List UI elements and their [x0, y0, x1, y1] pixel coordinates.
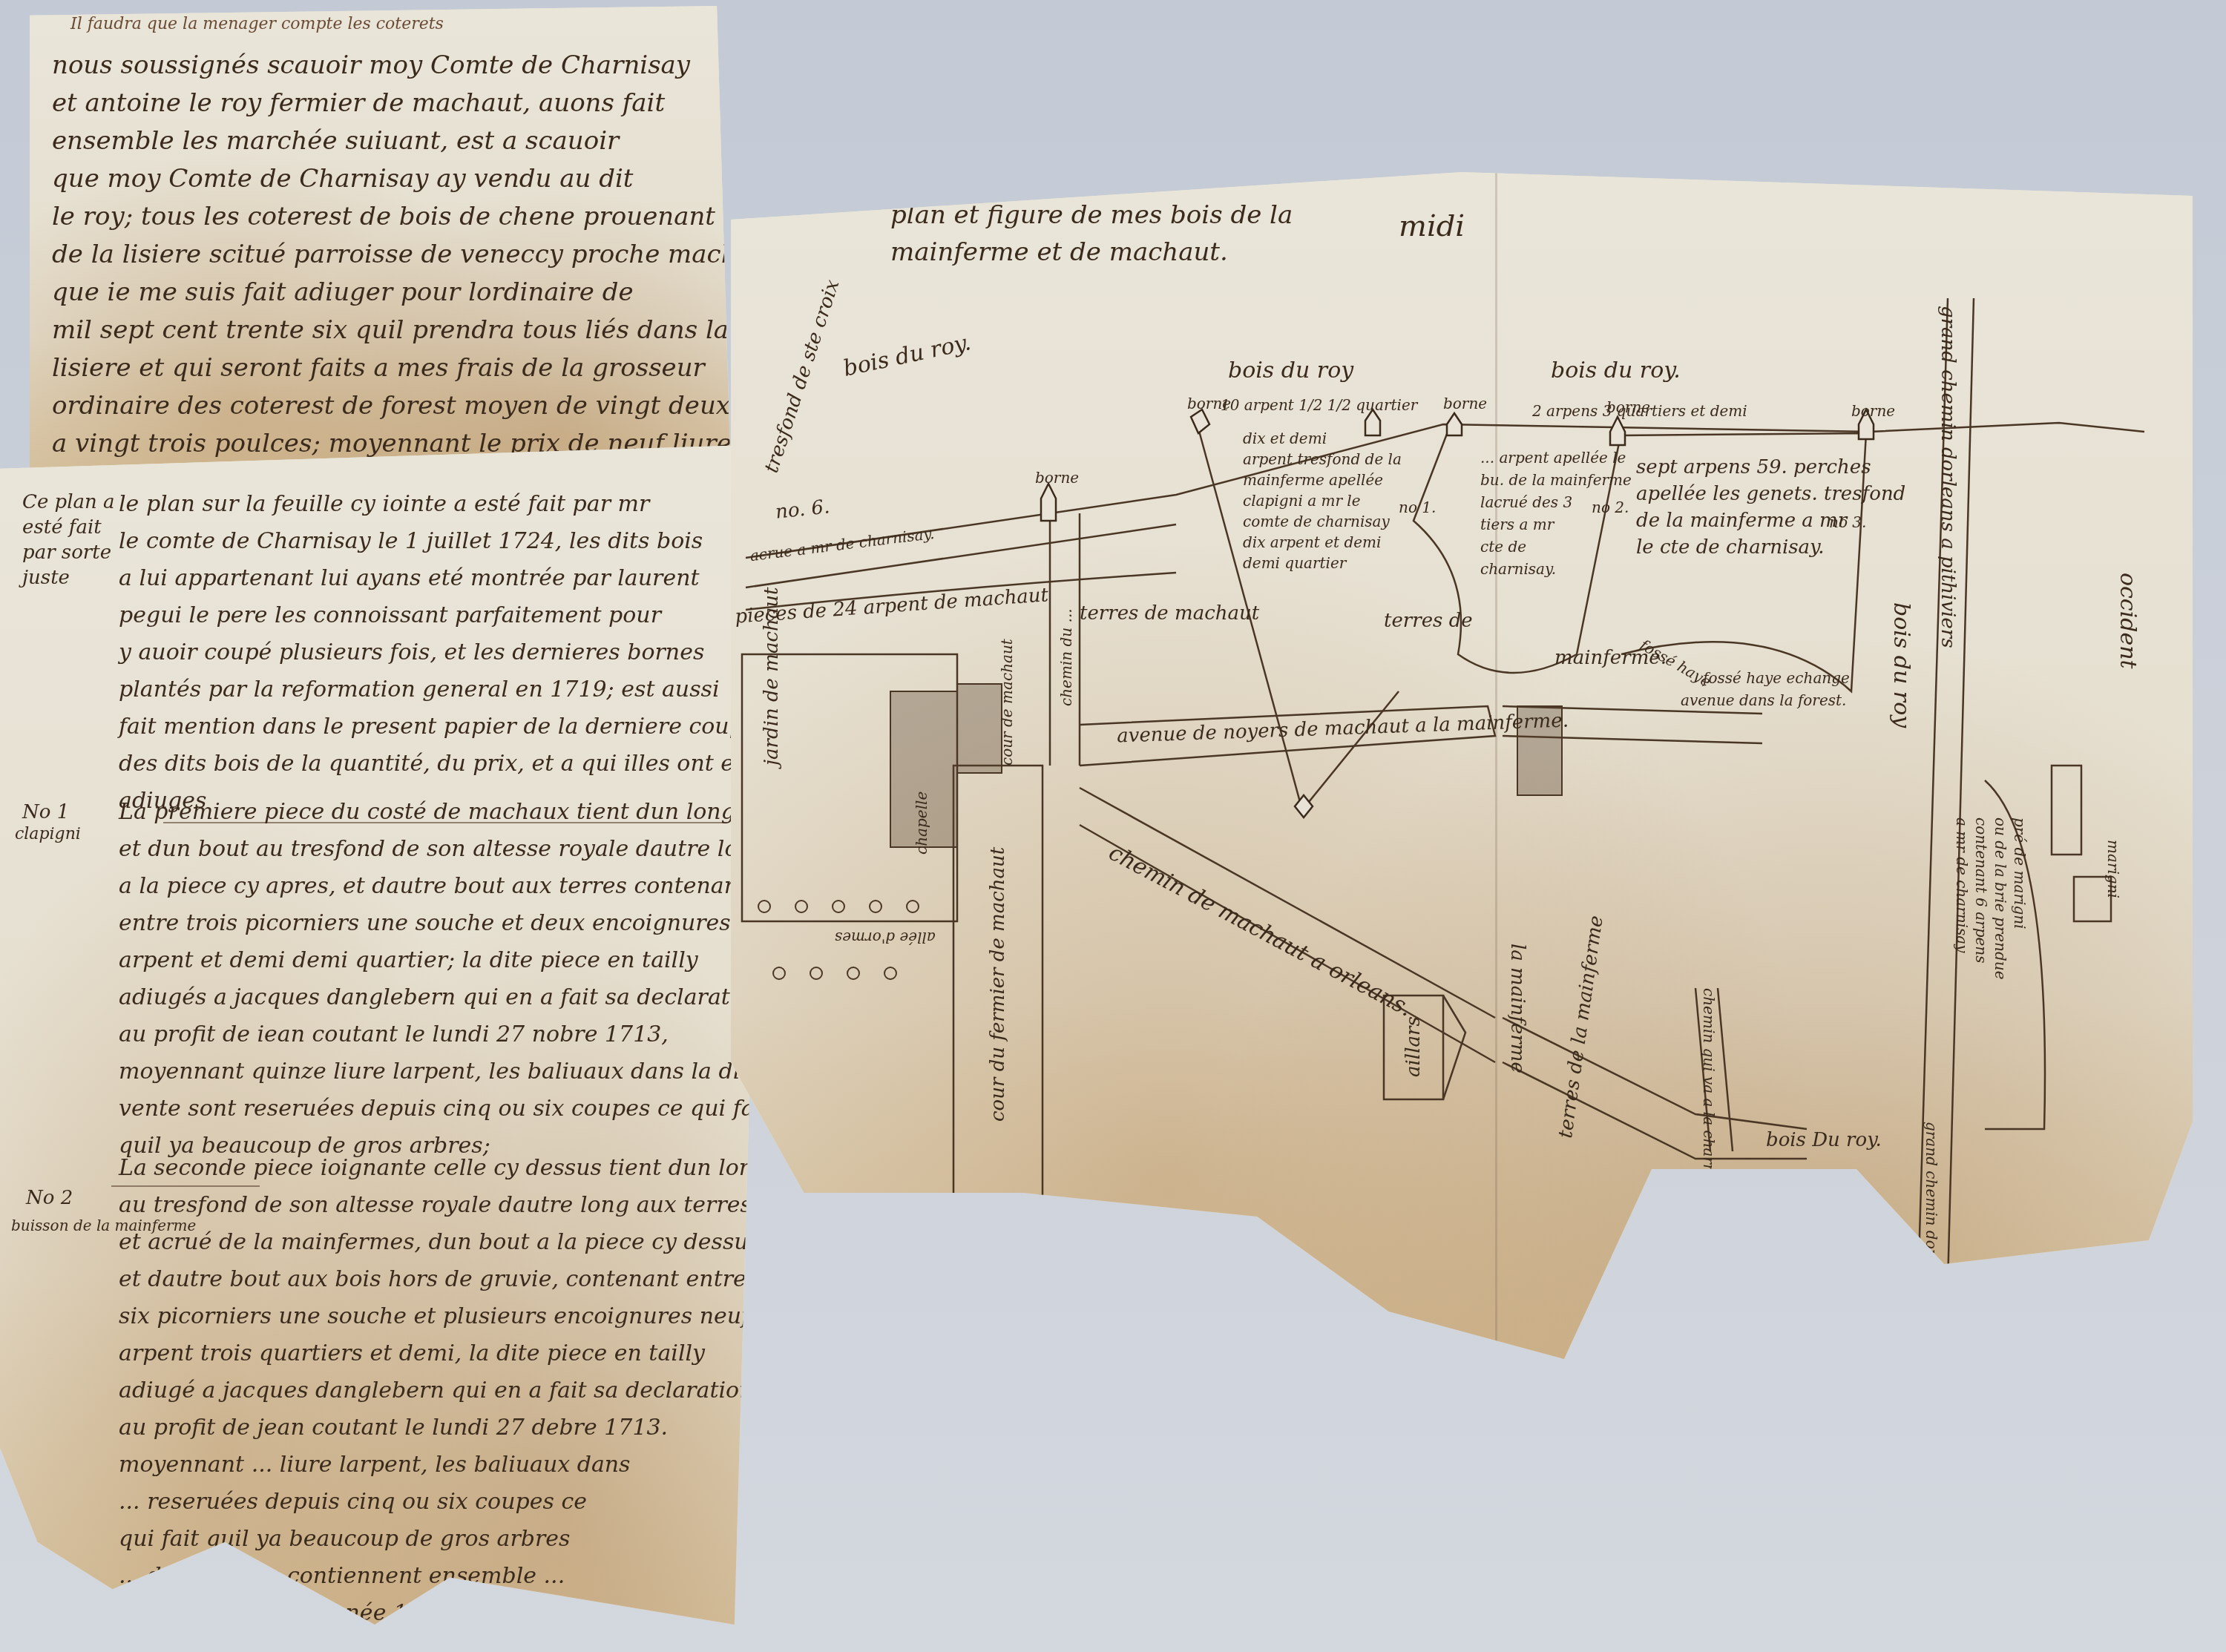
label-chemin-charmoy: chemin qui va a la charmoy: [1700, 988, 1718, 1195]
label-bois-du-roy-vertical: bois du roy: [1888, 602, 1914, 728]
label-grand-chemin-2: grand chemin dorleans a ...: [1923, 1122, 1940, 1328]
text-line: ensemble les marchée suiuant, est a scau…: [52, 122, 720, 160]
text-line: au profit de jean coutant le lundi 27 de…: [119, 1409, 735, 1447]
text-line: le comte de Charnisay le 1 juillet 1724,…: [119, 523, 735, 560]
margin-note: Ce plan a esté fait par sorte juste: [22, 490, 126, 590]
parcel-no1-description: dix et demi arpent tresfond de la mainfe…: [1243, 428, 1402, 573]
text-line: et dun bout au tresfond de son altesse r…: [119, 831, 735, 868]
compass-south-label: midi: [1399, 209, 1465, 243]
text-line: ... reseruées depuis cinq ou six coupes …: [119, 1484, 735, 1521]
label-no2: no 2.: [1592, 498, 1629, 516]
entry-1-paragraph: La premiere piece du costé de machaux ti…: [119, 794, 735, 1165]
text-line: a lui appartenant lui ayans eté montrée …: [119, 560, 735, 597]
label-jardin: jardin de machaut: [761, 588, 783, 766]
text-line: entre trois picorniers une souche et deu…: [119, 905, 735, 942]
label-terres-de: terres de: [1384, 610, 1473, 632]
label-bois-du-roy: bois Du roy.: [1766, 1129, 1882, 1151]
estate-map: plan et figure de mes bois de la mainfer…: [731, 172, 2193, 1359]
text-line: plantés par la reformation general en 17…: [119, 671, 735, 708]
text-line: adiugé a jacques danglebern qui en a fai…: [119, 1372, 735, 1409]
label-aillars: aillars: [1402, 1016, 1425, 1077]
label-cour-machaut: cour de machaut: [998, 639, 1016, 766]
label-chapelle: chapelle: [913, 792, 930, 855]
label-marigni: marigni: [2104, 840, 2122, 898]
text-line: qui fait quil ya beaucoup de gros arbres: [119, 1521, 735, 1558]
text-line: de la lisiere scitué parroisse de venecc…: [52, 236, 720, 274]
label-no1: no 1.: [1399, 498, 1436, 516]
label-borne: borne: [1035, 469, 1079, 487]
text-line: six picorniers une souche et plusieurs e…: [119, 1298, 735, 1335]
entry-2-number: No 2: [26, 1187, 73, 1209]
text-line: arpent et demi demi quartier; la dite pi…: [119, 942, 735, 979]
text-line: au tresfond de son altesse royale dautre…: [119, 1187, 735, 1224]
label-grand-chemin: grand chemin dorleans a pithiviers: [1937, 306, 1959, 648]
text-line: le plan sur la feuille cy iointe a esté …: [119, 486, 735, 523]
entry-1-number: No 1: [22, 801, 69, 823]
label-parcel-area: 10 arpent 1/2 1/2 quartier: [1221, 396, 1417, 414]
text-line: ordinaire des coterest de forest moyen d…: [52, 387, 720, 425]
parcel-no3-description: sept arpens 59. perches apellée les gene…: [1636, 454, 1905, 561]
text-line: y auoir coupé plusieurs fois, et les der…: [119, 634, 735, 671]
text-line: ... deux pieces contiennent ensemble ...: [119, 1558, 735, 1595]
label-cour-fermier: cour du fermier de machaut: [987, 847, 1009, 1122]
label-allee-ormes: allée d'ormes: [835, 929, 936, 947]
letter-page-2: Ce plan a esté fait par sorte juste le p…: [0, 445, 749, 1625]
label-la-mainferme: la mainferme: [1506, 944, 1529, 1073]
top-note: Il faudra que la menager compte les cote…: [70, 15, 444, 33]
text-line: lisiere et qui seront faits a mes frais …: [52, 349, 720, 387]
text-line: moyennant quinze liure larpent, les bali…: [119, 1053, 735, 1090]
text-line: a la piece cy apres, et dautre bout aux …: [119, 868, 735, 905]
label-bois-du-roy: bois du roy: [1228, 358, 1353, 384]
label-bois-du-roy: bois du roy.: [1551, 358, 1681, 384]
text-line: et dautre bout aux bois hors de gruvie, …: [119, 1261, 735, 1298]
letter-page-1: Il faudra que la menager compte les cote…: [30, 6, 731, 481]
label-borne: borne: [1851, 402, 1895, 420]
text-line: que moy Comte de Charnisay ay vendu au d…: [52, 160, 720, 198]
text-line: La premiere piece du costé de machaux ti…: [119, 794, 735, 831]
text-line: arpent trois quartiers et demi, la dite …: [119, 1335, 735, 1372]
text-line: La seconde piece ioignante celle cy dess…: [119, 1150, 735, 1187]
text-line: ... coutant la dite année 1713.: [119, 1595, 735, 1632]
text-line: pegui le pere les connoissant parfaiteme…: [119, 597, 735, 634]
text-line: fait mention dans le present papier de l…: [119, 708, 735, 746]
text-line: des dits bois de la quantité, du prix, e…: [119, 746, 735, 783]
text-line: vente sont reseruées depuis cinq ou six …: [119, 1090, 735, 1128]
text-line: au profit de iean coutant le lundi 27 no…: [119, 1016, 735, 1053]
label-no3: no 3.: [1829, 513, 1866, 531]
label-borne: borne: [1443, 395, 1487, 412]
text-line: moyennant ... liure larpent, les baliuau…: [119, 1447, 735, 1484]
pre-marigni-description: pré de marigni ou de la brie prendue con…: [1952, 817, 2029, 980]
letter-1-body: nous soussignés scauoir moy Comte de Cha…: [52, 47, 720, 501]
label-chemin-tue: chemin du ...: [1057, 608, 1075, 706]
map-title-line-1: plan et figure de mes bois de la: [890, 200, 1293, 230]
text-line: mil sept cent trente six quil prendra to…: [52, 312, 720, 349]
map-title-line-2: mainferme et de machaut.: [890, 237, 1228, 267]
label-borne: borne: [1606, 398, 1650, 416]
compass-west-label: occident: [2115, 573, 2141, 669]
label-terres-machaut: terres de machaut: [1080, 602, 1259, 625]
text-line: nous soussignés scauoir moy Comte de Cha…: [52, 47, 720, 85]
entry-1-name: clapigni: [15, 825, 81, 843]
label-fosse-echange: fossé haye echange: [1703, 669, 1850, 687]
text-line: le roy; tous les coterest de bois de che…: [52, 198, 720, 236]
intro-paragraph: le plan sur la feuille cy iointe a esté …: [119, 486, 735, 820]
text-line: et antoine le roy fermier de machaut, au…: [52, 85, 720, 122]
text-line: que ie me suis fait adiuger pour lordina…: [52, 274, 720, 312]
text-line: adiugés a jacques danglebern qui en a fa…: [119, 979, 735, 1016]
text-line: et acrué de la mainfermes, dun bout a la…: [119, 1224, 735, 1261]
label-avenue-foret: avenue dans la forest.: [1681, 691, 1846, 709]
entry-2-paragraph: La seconde piece ioignante celle cy dess…: [119, 1150, 735, 1632]
